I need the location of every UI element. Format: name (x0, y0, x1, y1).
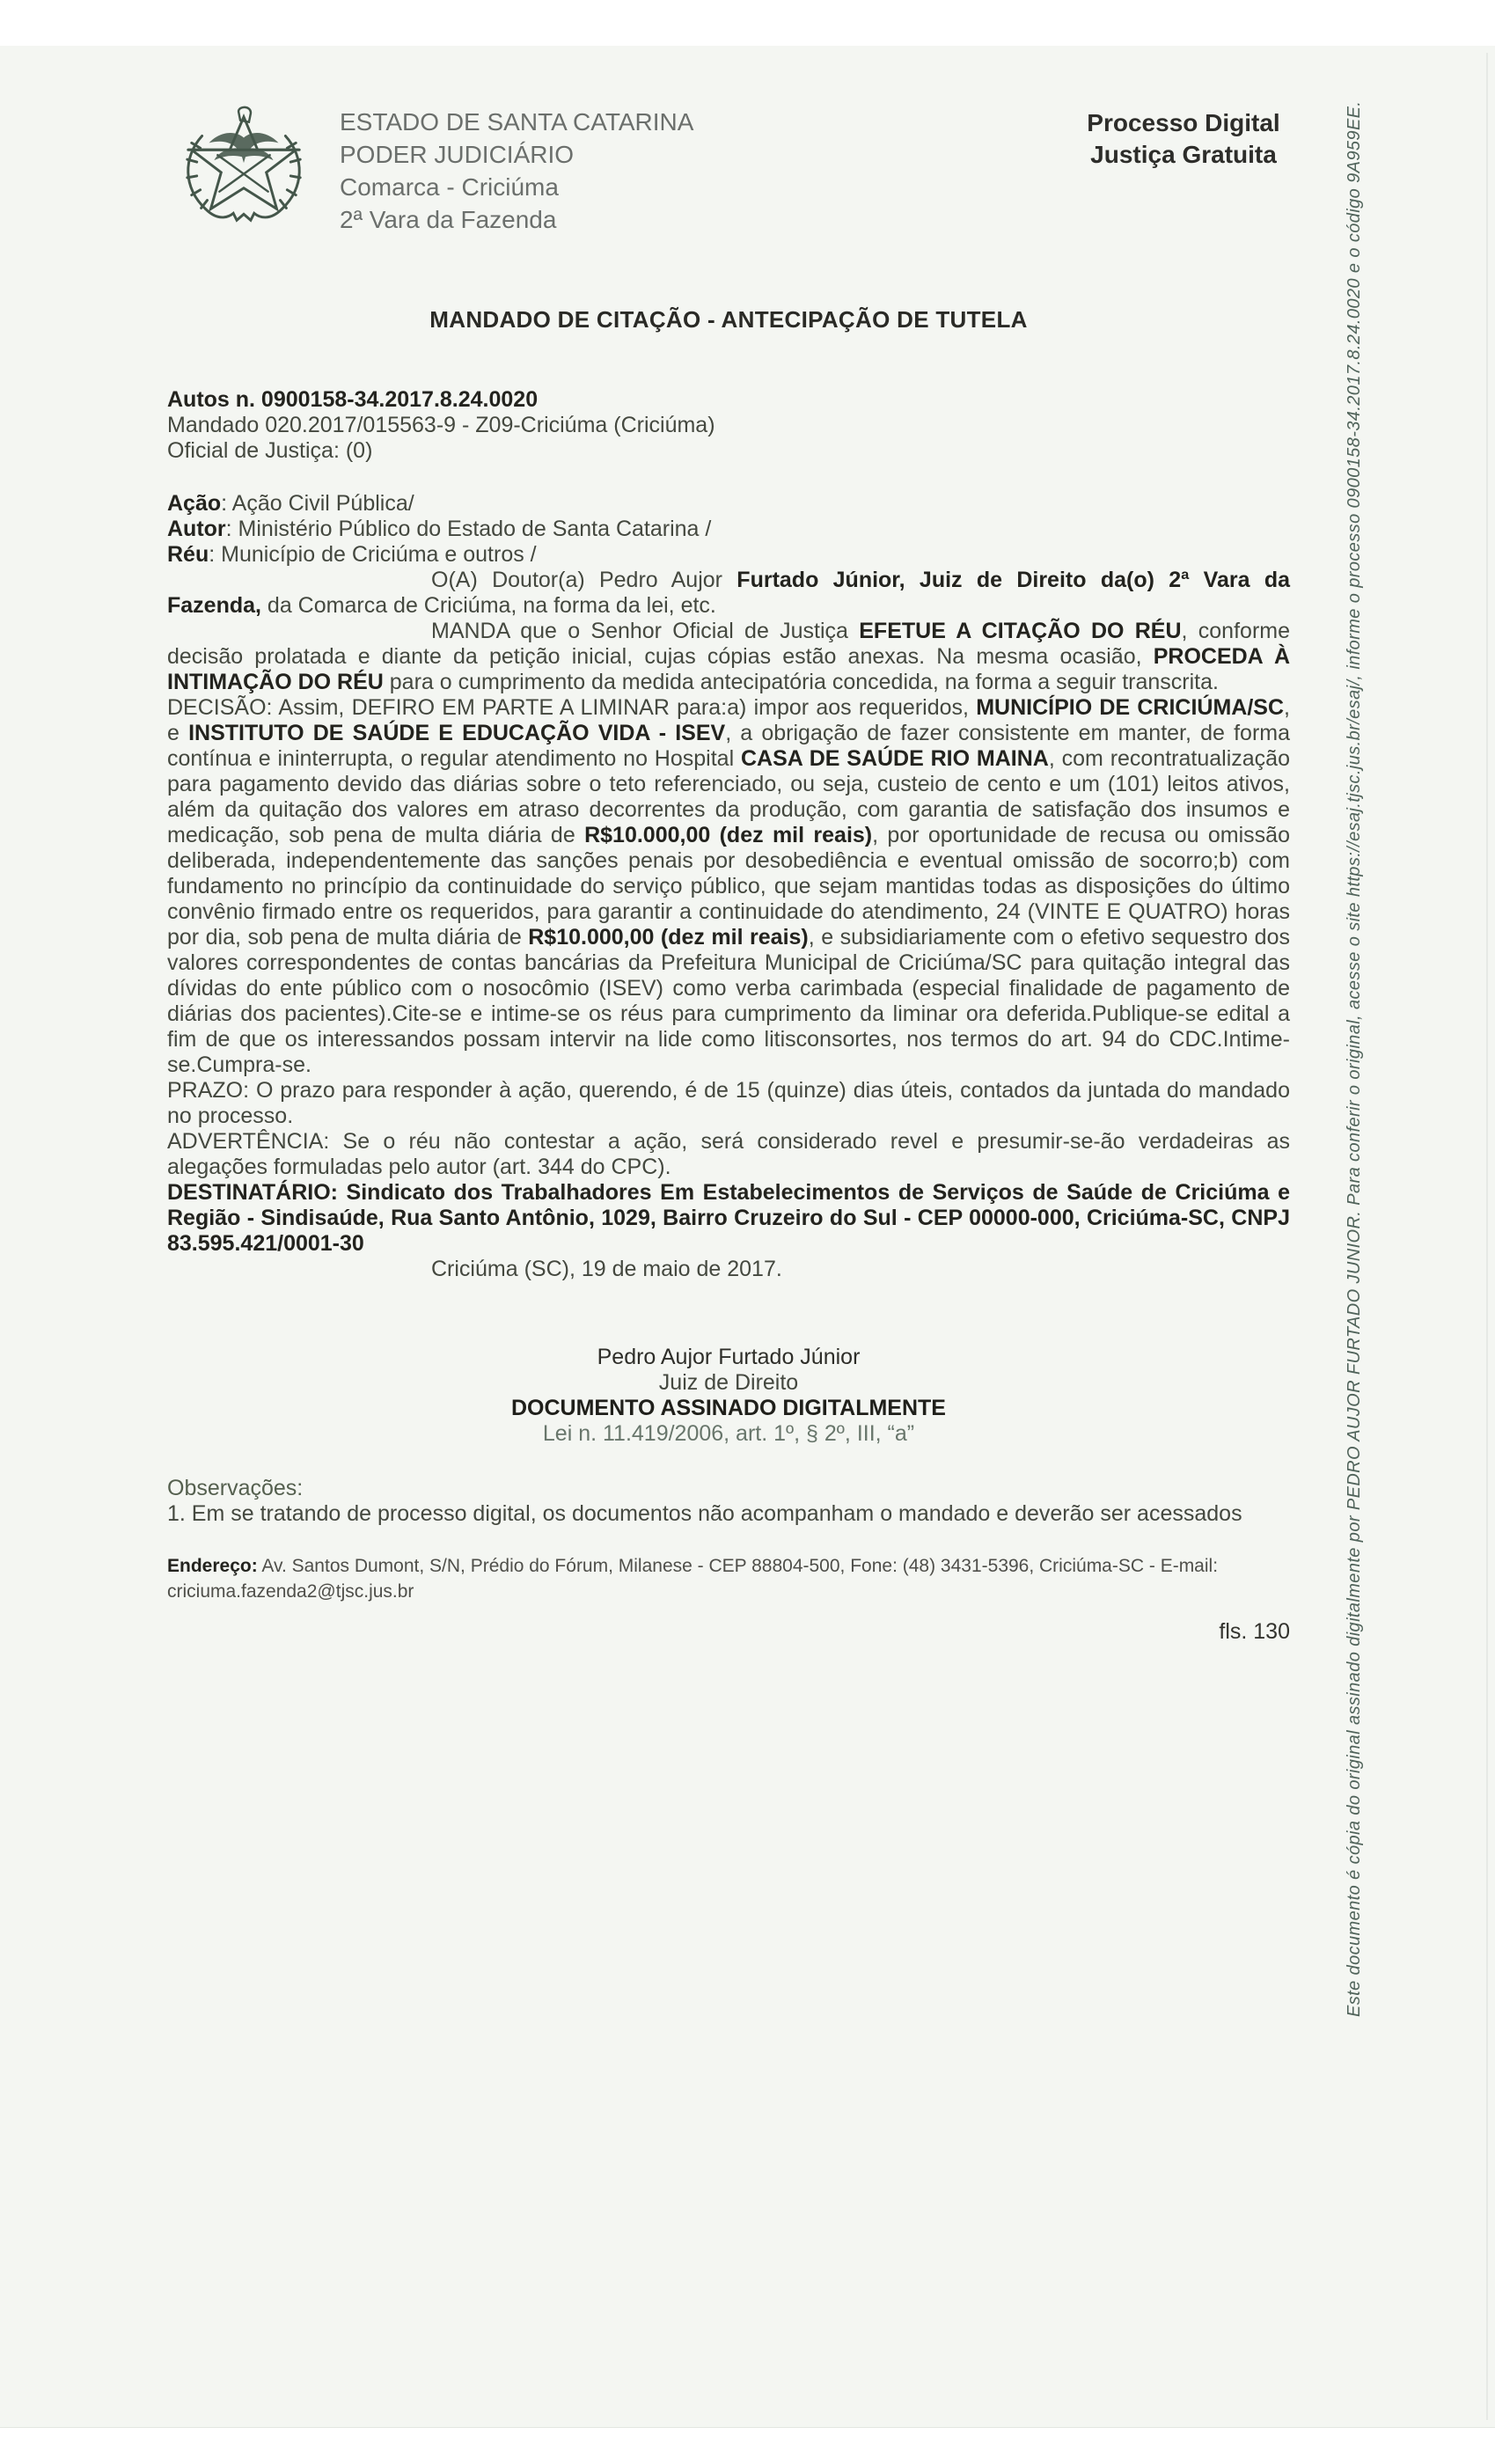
page-number: fls. 130 (167, 1619, 1290, 1645)
document-title: MANDADO DE CITAÇÃO - ANTECIPAÇÃO DE TUTE… (167, 306, 1290, 334)
court-header: ESTADO DE SANTA CATARINA PODER JUDICIÁRI… (340, 106, 693, 236)
plaintiff-value: : Ministério Público do Estado de Santa … (226, 517, 712, 541)
addressee-paragraph: DESTINATÁRIO: Sindicato dos Trabalhadore… (167, 1180, 1290, 1257)
coat-of-arms-icon (174, 104, 313, 236)
order-paragraph: MANDA que o Senhor Oficial de Justiça EF… (167, 619, 1290, 695)
footer-address-value: Av. Santos Dumont, S/N, Prédio do Fórum,… (258, 1556, 1218, 1576)
document-body: Autos n. 0900158-34.2017.8.24.0020 Manda… (167, 387, 1290, 1645)
header-line-state: ESTADO DE SANTA CATARINA (340, 106, 693, 138)
header-line-comarca: Comarca - Criciúma (340, 171, 693, 203)
footer-address-label: Endereço: (167, 1556, 258, 1576)
plaintiff-line: Autor: Ministério Público do Estado de S… (167, 517, 1290, 542)
judge-preamble-paragraph: O(A) Doutor(a) Pedro Aujor Furtado Júnio… (167, 568, 1290, 619)
action-label: Ação (167, 491, 221, 516)
header-line-vara: 2ª Vara da Fazenda (340, 203, 693, 236)
defendant-label: Réu (167, 542, 209, 567)
stamp-justica-gratuita: Justiça Gratuita (1060, 139, 1307, 171)
footer-block: Endereço: Av. Santos Dumont, S/N, Prédio… (167, 1553, 1290, 1604)
writ-number: Mandado 020.2017/015563-9 - Z09-Criciúma… (167, 413, 1290, 438)
scanned-document-page: ESTADO DE SANTA CATARINA PODER JUDICIÁRI… (0, 0, 1495, 2464)
bailiff-line: Oficial de Justiça: (0) (167, 438, 1290, 464)
observations-heading: Observações: (167, 1476, 1290, 1501)
case-number: Autos n. 0900158-34.2017.8.24.0020 (167, 387, 1290, 413)
footer-address-line: Endereço: Av. Santos Dumont, S/N, Prédio… (167, 1553, 1290, 1579)
action-line: Ação: Ação Civil Pública/ (167, 491, 1290, 517)
footer-email: criciuma.fazenda2@tjsc.jus.br (167, 1579, 1290, 1604)
judge-role: Juiz de Direito (167, 1370, 1290, 1396)
digital-signature-margin-note: Este documento é cópia do original assin… (1345, 248, 1365, 2017)
date-line: Criciúma (SC), 19 de maio de 2017. (167, 1257, 1290, 1282)
header-line-branch: PODER JUDICIÁRIO (340, 138, 693, 171)
plaintiff-label: Autor (167, 517, 226, 541)
stamp-processo-digital: Processo Digital (1060, 107, 1307, 139)
warning-paragraph: ADVERTÊNCIA: Se o réu não contestar a aç… (167, 1129, 1290, 1180)
judge-name: Pedro Aujor Furtado Júnior (167, 1345, 1290, 1370)
signature-block: Pedro Aujor Furtado Júnior Juiz de Direi… (167, 1345, 1290, 1447)
observations-block: Observações: 1. Em se tratando de proces… (167, 1476, 1290, 1527)
scan-edge-shadow (1486, 53, 1488, 2420)
decision-paragraph: DECISÃO: Assim, DEFIRO EM PARTE A LIMINA… (167, 695, 1290, 1078)
case-info-block: Autos n. 0900158-34.2017.8.24.0020 Manda… (167, 387, 1290, 464)
defendant-line: Réu: Município de Criciúma e outros / (167, 542, 1290, 568)
process-stamp: Processo Digital Justiça Gratuita (1060, 107, 1307, 171)
deadline-paragraph: PRAZO: O prazo para responder à ação, qu… (167, 1078, 1290, 1129)
signature-law-reference: Lei n. 11.419/2006, art. 1º, § 2º, III, … (167, 1421, 1290, 1447)
observations-item-1: 1. Em se tratando de processo digital, o… (167, 1501, 1290, 1527)
action-value: : Ação Civil Pública/ (221, 491, 414, 516)
defendant-value: : Município de Criciúma e outros / (209, 542, 536, 567)
digitally-signed-label: DOCUMENTO ASSINADO DIGITALMENTE (167, 1396, 1290, 1421)
parties-block: Ação: Ação Civil Pública/ Autor: Ministé… (167, 491, 1290, 568)
